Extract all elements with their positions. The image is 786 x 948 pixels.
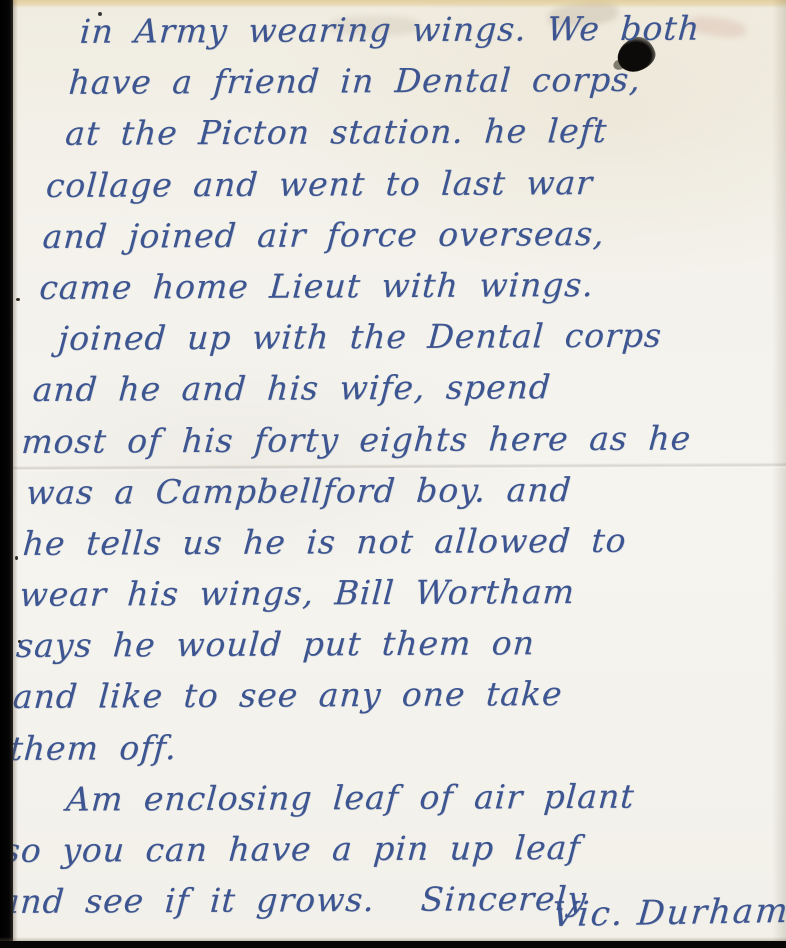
letter-line: Am enclosing leaf of air plant <box>5 770 751 825</box>
signature: Vic. Durham <box>550 891 786 935</box>
letter-line: joined up with the Dental corps <box>34 309 780 364</box>
letter-line: so you can have a pin up leaf <box>1 821 747 876</box>
letter-line: at the Picton station. he left <box>48 104 786 159</box>
letter-line: was a Campbellford boy. and <box>25 463 771 518</box>
letter-line: collage and went to last war <box>44 156 786 211</box>
letter-line: came home Lieut with wings. <box>38 258 784 313</box>
scan-border-left <box>0 0 13 948</box>
letter-line: and like to see any one take <box>11 667 757 722</box>
letter-line: most of his forty eights here as he <box>20 412 774 467</box>
letter-line-text: and see if it grows. <box>0 880 376 921</box>
letter-page: in Army wearing wings. We both have a fr… <box>0 0 786 948</box>
letter-body: in Army wearing wings. We both have a fr… <box>0 2 786 927</box>
letter-line: wear his wings, Bill Wortham <box>18 565 764 620</box>
letter-line: in Army wearing wings. We both <box>54 2 786 57</box>
letter-line: have a friend in Dental corps, <box>51 53 786 108</box>
letter-line: and he and his wife, spend <box>31 360 777 415</box>
letter-line: he tells us he is not allowed to <box>21 514 767 569</box>
letter-line: says he would put them on <box>15 616 761 671</box>
scan-border-bottom <box>0 941 786 948</box>
letter-line: and joined air force overseas, <box>41 207 786 262</box>
letter-line: them off. <box>8 719 754 774</box>
